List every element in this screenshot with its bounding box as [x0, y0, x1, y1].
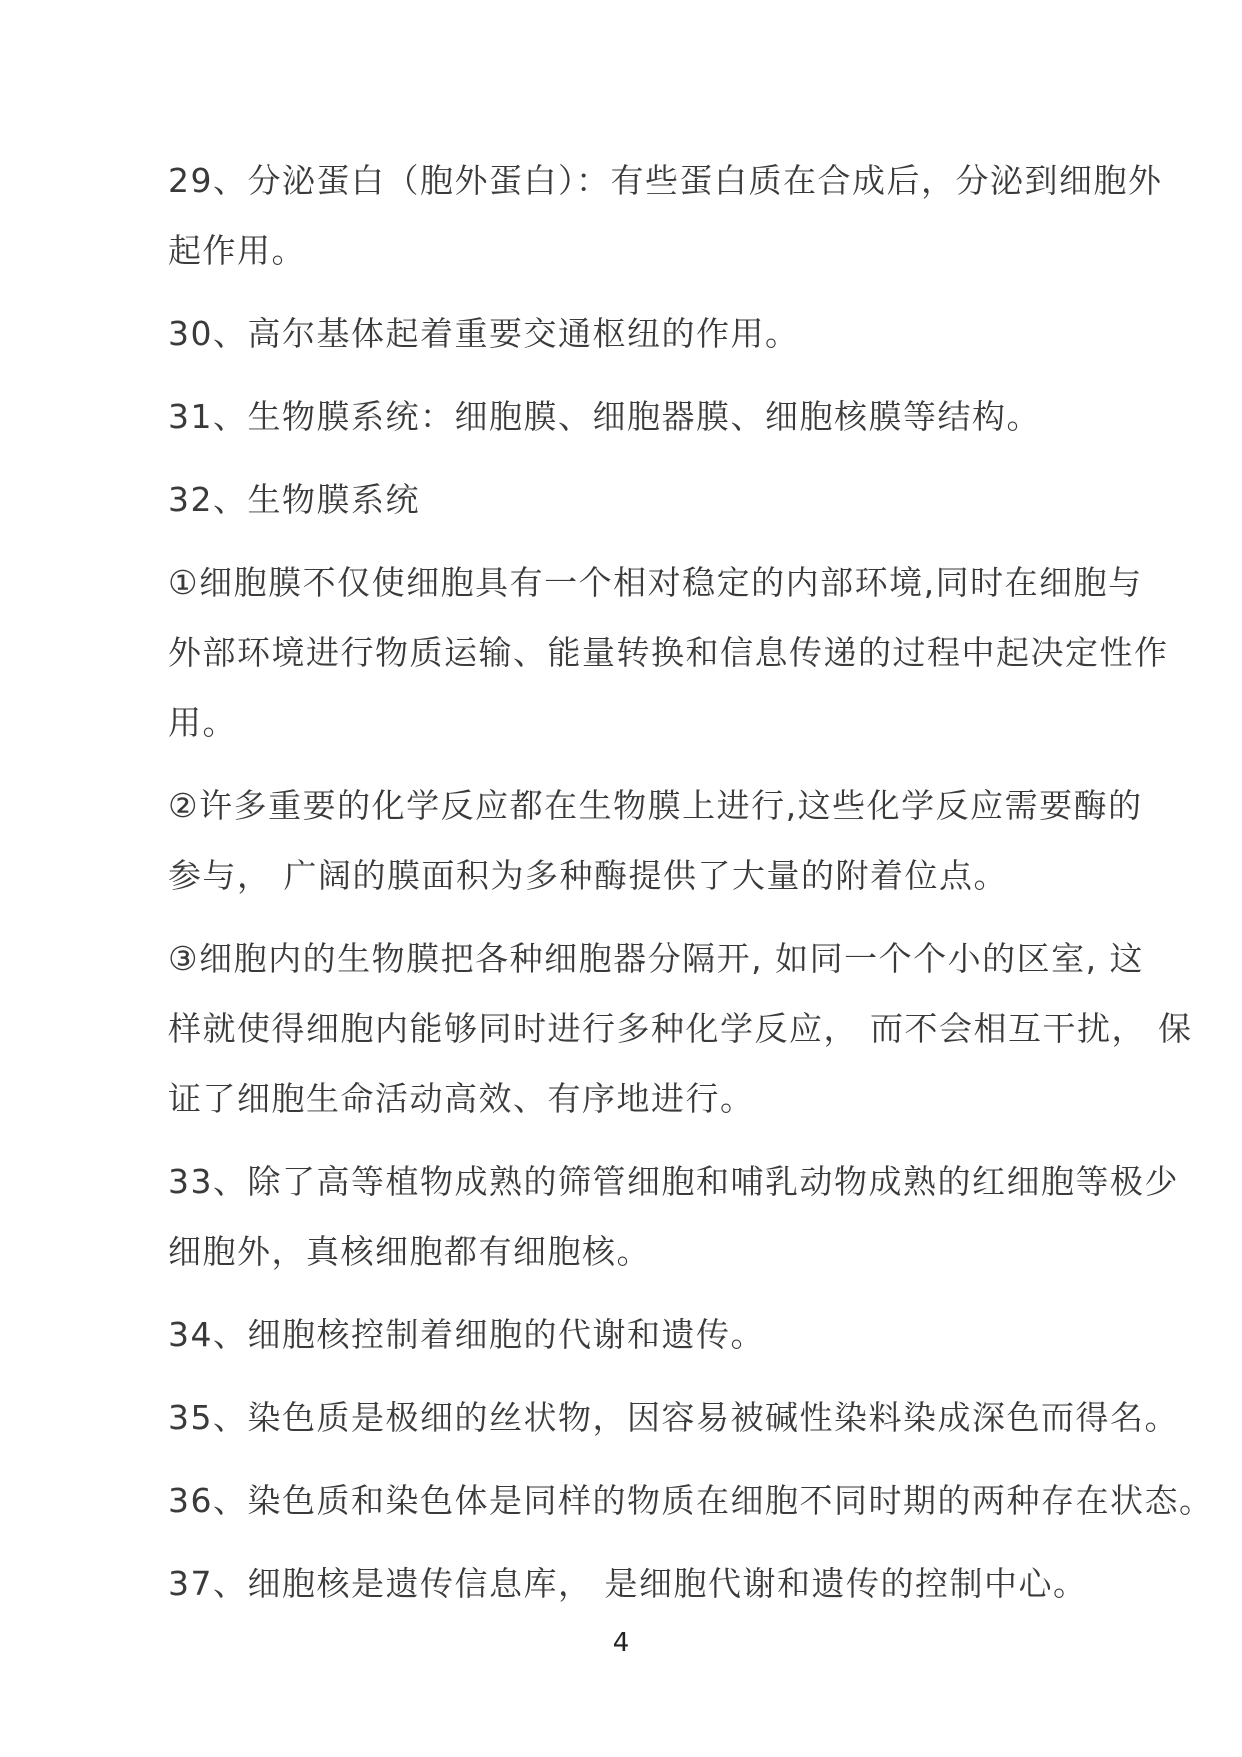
text-line: 样就使得细胞内能够同时进行多种化学反应， 而不会相互干扰， 保	[168, 994, 1112, 1064]
text-line: ③细胞内的生物膜把各种细胞器分隔开, 如同一个个小的区室, 这	[168, 924, 1112, 994]
notes-body: 29、分泌蛋白（胞外蛋白）：有些蛋白质在合成后，分泌到细胞外 起作用。 30、高…	[168, 146, 1112, 1632]
note-point-2: ②许多重要的化学反应都在生物膜上进行,这些化学反应需要酶的 参与， 广阔的膜面积…	[168, 771, 1112, 911]
page-footer: 4	[0, 1628, 1242, 1658]
note-item-37: 37、细胞核是遗传信息库， 是细胞代谢和遗传的控制中心。	[168, 1549, 1112, 1619]
text-line: 参与， 广阔的膜面积为多种酶提供了大量的附着位点。	[168, 841, 1112, 911]
text-line: ②许多重要的化学反应都在生物膜上进行,这些化学反应需要酶的	[168, 771, 1112, 841]
text-line: 证了细胞生命活动高效、有序地进行。	[168, 1064, 1112, 1134]
note-item-30: 30、高尔基体起着重要交通枢纽的作用。	[168, 299, 1112, 369]
page-number: 4	[613, 1628, 630, 1658]
note-item-31: 31、生物膜系统：细胞膜、细胞器膜、细胞核膜等结构。	[168, 382, 1112, 452]
text-line: 31、生物膜系统：细胞膜、细胞器膜、细胞核膜等结构。	[168, 382, 1112, 452]
note-item-35: 35、染色质是极细的丝状物，因容易被碱性染料染成深色而得名。	[168, 1383, 1112, 1453]
note-item-36: 36、染色质和染色体是同样的物质在细胞不同时期的两种存在状态。	[168, 1466, 1112, 1536]
text-line: 37、细胞核是遗传信息库， 是细胞代谢和遗传的控制中心。	[168, 1549, 1112, 1619]
text-line: 32、生物膜系统	[168, 465, 1112, 535]
text-line: 29、分泌蛋白（胞外蛋白）：有些蛋白质在合成后，分泌到细胞外	[168, 146, 1112, 216]
note-item-32: 32、生物膜系统	[168, 465, 1112, 535]
note-item-33: 33、除了高等植物成熟的筛管细胞和哺乳动物成熟的红细胞等极少 细胞外，真核细胞都…	[168, 1147, 1112, 1287]
text-line: 用。	[168, 688, 1112, 758]
text-line: 33、除了高等植物成熟的筛管细胞和哺乳动物成熟的红细胞等极少	[168, 1147, 1112, 1217]
note-item-34: 34、细胞核控制着细胞的代谢和遗传。	[168, 1300, 1112, 1370]
note-item-29: 29、分泌蛋白（胞外蛋白）：有些蛋白质在合成后，分泌到细胞外 起作用。	[168, 146, 1112, 286]
text-line: 细胞外，真核细胞都有细胞核。	[168, 1217, 1112, 1287]
document-page: 29、分泌蛋白（胞外蛋白）：有些蛋白质在合成后，分泌到细胞外 起作用。 30、高…	[0, 0, 1242, 1757]
text-line: 34、细胞核控制着细胞的代谢和遗传。	[168, 1300, 1112, 1370]
text-line: ①细胞膜不仅使细胞具有一个相对稳定的内部环境,同时在细胞与	[168, 548, 1112, 618]
text-line: 36、染色质和染色体是同样的物质在细胞不同时期的两种存在状态。	[168, 1466, 1112, 1536]
text-line: 外部环境进行物质运输、能量转换和信息传递的过程中起决定性作	[168, 618, 1112, 688]
text-line: 30、高尔基体起着重要交通枢纽的作用。	[168, 299, 1112, 369]
text-line: 35、染色质是极细的丝状物，因容易被碱性染料染成深色而得名。	[168, 1383, 1112, 1453]
note-point-1: ①细胞膜不仅使细胞具有一个相对稳定的内部环境,同时在细胞与 外部环境进行物质运输…	[168, 548, 1112, 758]
text-line: 起作用。	[168, 216, 1112, 286]
note-point-3: ③细胞内的生物膜把各种细胞器分隔开, 如同一个个小的区室, 这 样就使得细胞内能…	[168, 924, 1112, 1134]
